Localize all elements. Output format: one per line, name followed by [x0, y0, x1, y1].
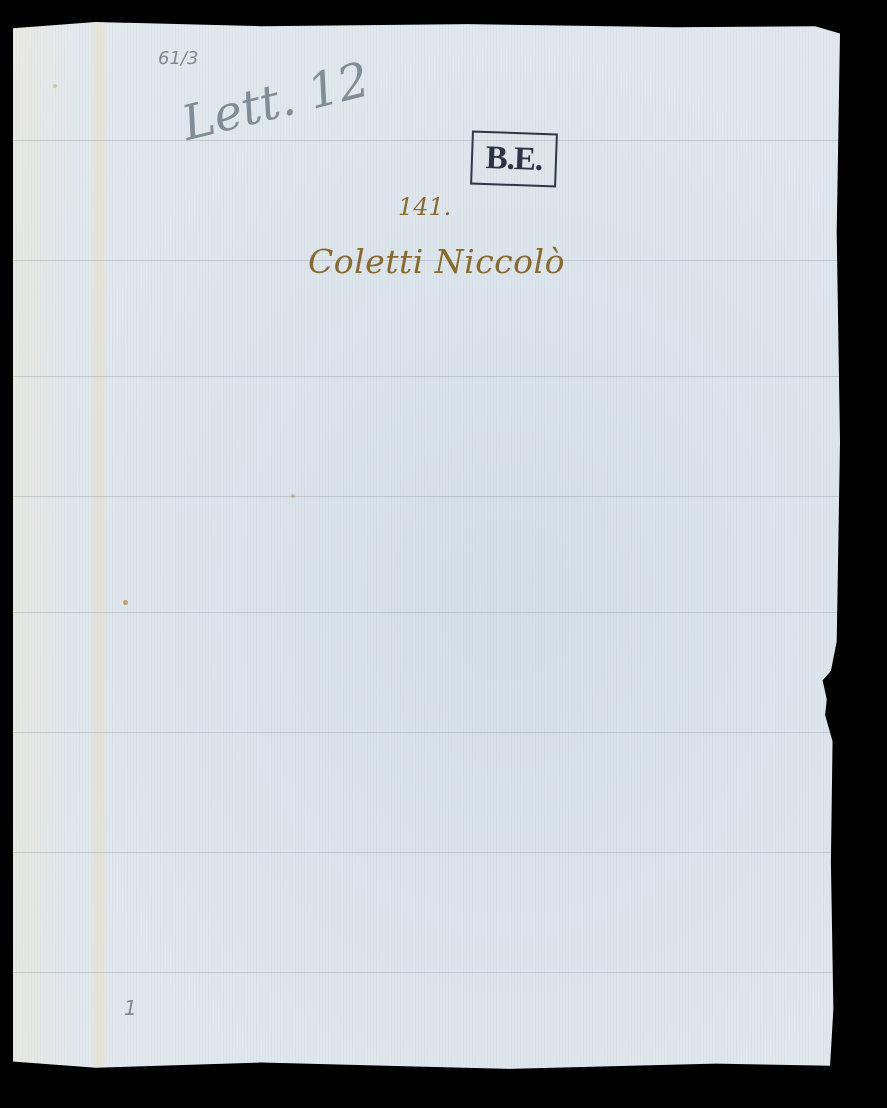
manuscript-page: [13, 22, 840, 1072]
ruled-line: [13, 732, 840, 733]
library-stamp: B.E.: [470, 131, 558, 188]
ink-author-name: Coletti Niccolò: [308, 242, 565, 281]
foxing-stain: [291, 494, 295, 498]
ruled-line: [13, 496, 840, 497]
ruled-line: [13, 376, 840, 377]
pencil-shelfmark: 61/3: [158, 48, 198, 69]
page-number: 1: [124, 996, 137, 1020]
stamp-text: B.E.: [485, 140, 543, 179]
ink-item-number: 141.: [398, 193, 451, 221]
ruled-line: [13, 852, 840, 853]
foxing-stain: [123, 600, 128, 605]
ruled-line: [13, 140, 840, 141]
ruled-line: [13, 972, 840, 973]
ruled-line: [13, 612, 840, 613]
foxing-stain: [53, 84, 57, 88]
